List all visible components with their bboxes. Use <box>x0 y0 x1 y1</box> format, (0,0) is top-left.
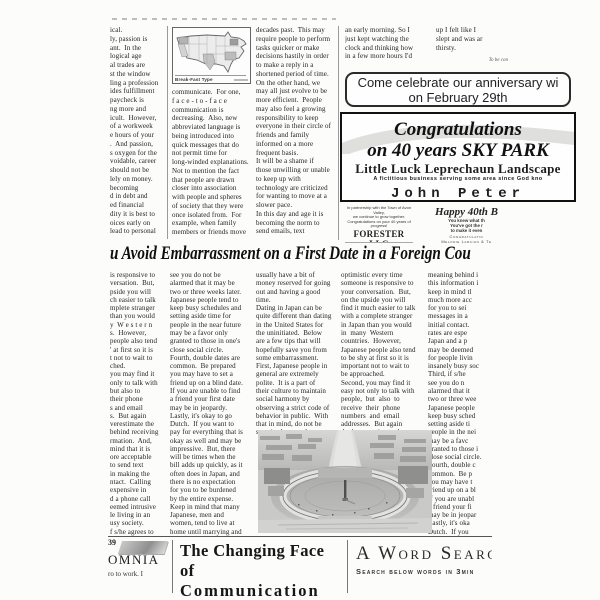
omnia-brand-sub: ro to work. I <box>108 570 168 578</box>
top-article-col-a: ical. ly, passion is ant. In the logical… <box>110 26 167 238</box>
to-be-continued-note: To be con <box>460 58 508 64</box>
feature-col-4: optimistic every time someone is respons… <box>341 271 422 435</box>
word-search-title: A Word Search <box>356 543 492 564</box>
word-search-subtitle: Search below words in 3min <box>356 567 492 576</box>
changing-face-line2: Communication <box>180 581 342 600</box>
happy-40th-ad: Happy 40th B You knew what th You've got… <box>420 206 513 243</box>
forester-name: FORESTER LLC <box>345 229 413 243</box>
happy40-title: Happy 40th B <box>420 206 513 218</box>
top-edge-dashes <box>112 18 336 20</box>
footer-rule-1 <box>172 540 173 593</box>
skypark-signature: John Peter <box>342 186 574 202</box>
feature-headline: u Avoid Embarrassment on a First Date in… <box>110 243 430 266</box>
top-article-col-d: an early morning. So I just kept watchin… <box>345 26 423 64</box>
feature-headline-wrap: u Avoid Embarrassment on a First Date in… <box>110 243 500 268</box>
changing-face-line1: The Changing Face of <box>180 541 342 581</box>
us-map-graphic: Break-Fast Type <box>172 27 251 84</box>
word-search-promo: A Word Search Search below words in 3min <box>356 543 492 576</box>
forester-intro-3: Congratulations on your 40 years of prog… <box>345 220 413 229</box>
feature-col-3: usually have a bit of money reserved for… <box>256 271 337 435</box>
omnia-brand: OMNIA <box>108 553 160 567</box>
feature-col-2: see you do not be alarmed that it may be… <box>170 271 251 536</box>
anniversary-ad: Come celebrate our anniversary wi on Feb… <box>345 72 571 107</box>
changing-face-headline: The Changing Face of Communication <box>180 541 342 600</box>
top-article-col-e: up I felt like I slept and was ar thirst… <box>436 26 496 54</box>
map-credit-mark <box>234 79 248 81</box>
skypark-tagline: A fictitious business serving some area … <box>342 176 574 183</box>
column-rule-1 <box>167 26 168 239</box>
footer-rule-2 <box>347 540 348 593</box>
anniversary-ad-line2: on February 29th <box>347 90 569 105</box>
anniversary-ad-line1: Come celebrate our anniversary wi <box>347 75 569 90</box>
column-rule-2 <box>338 26 339 240</box>
skypark-congratulations-ad: Congratulations on 40 years SKY PARK Lit… <box>340 112 576 202</box>
feature-col-5: meaning behind i this information i keep… <box>428 271 492 536</box>
aerial-plaza-photo <box>258 430 432 533</box>
newspaper-page: ical. ly, passion is ant. In the logical… <box>0 0 600 600</box>
omnia-masthead: 39 OMNIA ro to work. I <box>108 539 168 591</box>
skypark-script-line2: on 40 years SKY PARK <box>342 140 574 161</box>
skypark-subtitle: Little Luck Leprechaun Landscape <box>342 161 574 176</box>
footer-divider <box>108 536 492 537</box>
top-article-col-c: decades past. This may require people to… <box>256 26 337 239</box>
skypark-script-line1: Congratulations <box>342 119 574 140</box>
top-article-col-b: communicate. For one, f a c e - t o - f … <box>172 88 252 238</box>
feature-col-1: is responsive to versation. But, pside y… <box>110 271 167 536</box>
forester-ad: In partnership with the Town of Avon Val… <box>345 206 413 243</box>
